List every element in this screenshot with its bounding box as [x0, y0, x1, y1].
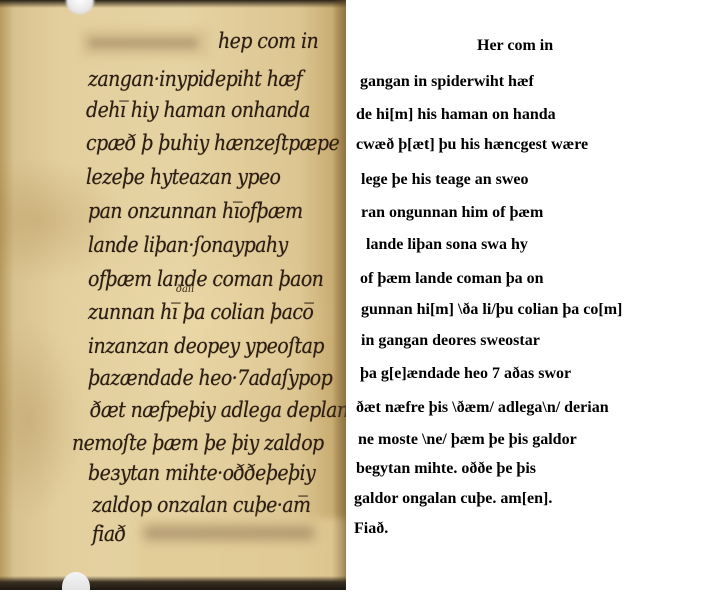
manuscript-line: ðæt næfpeþiy adlega deplan: [90, 397, 346, 422]
manuscript-line: nemoſte þæm þe þiy zaldop: [72, 430, 324, 455]
transcription-line: Fiað.: [354, 520, 388, 538]
manuscript-line: zaldop onzalan cuþe·am̅: [92, 492, 310, 517]
transcription-line: gangan in spiderwiht hæf: [360, 73, 534, 91]
transcription-line: cwæð þ[æt] þu his hæncgest wære: [356, 136, 588, 154]
page-bottom-shadow: [0, 576, 346, 590]
manuscript-image: hep com in zangan·inypidepiht hæf dehi̅ …: [0, 0, 346, 590]
page-clip-top: [66, 0, 94, 14]
transcription-line: þa g[e]ændade heo 7 aðas swor: [360, 365, 571, 383]
page-clip-bottom: [62, 572, 90, 590]
transcription-line: galdor ongalan cuþe. am[en].: [354, 490, 552, 508]
transcription-line: in gangan deores sweostar: [361, 332, 540, 350]
page-right-edge: [332, 0, 346, 590]
manuscript-line: zangan·inypidepiht hæf: [88, 66, 302, 91]
manuscript-line: zunnan hi̅ þa colian þaco̅: [88, 299, 313, 324]
manuscript-line: ofþæm lande coman þaon: [88, 266, 323, 291]
transcription-line: ðæt næfre þis \ðæm/ adlega\n/ derian: [356, 399, 609, 417]
transcription-line: gunnan hi[m] \ða li/þu colian þa co[m]: [361, 301, 622, 319]
transcription-line: begytan mihte. oððe þe þis: [356, 460, 536, 478]
manuscript-gloss: ðali: [176, 284, 194, 295]
transcription-line: lande liþan sona swa hy: [366, 236, 528, 254]
transcription-line: of þæm lande coman þa on: [360, 270, 544, 288]
manuscript-line: hep com in: [218, 28, 318, 53]
transcription-line: lege þe his teage an sweo: [361, 171, 529, 189]
blurred-region-top: [80, 28, 210, 58]
manuscript-line: fiað: [92, 521, 125, 546]
manuscript-line: inzanzan deopey ypeoſtap: [88, 333, 324, 358]
manuscript-line: lande liþan·ſonaypahy: [88, 232, 288, 257]
page-top-shadow: [0, 0, 346, 8]
transcription-panel: Her com in gangan in spiderwiht hæf de h…: [346, 0, 712, 597]
transcription-line: ran ongunnan him of þæm: [361, 204, 543, 222]
manuscript-line: lezeþe hyteazan ypeo: [86, 164, 280, 189]
manuscript-line: dehi̅ hiy haman onhanda: [86, 97, 310, 122]
manuscript-line: pan onzunnan hi̅ofþæm: [88, 198, 303, 223]
manuscript-line: þazændade heo·7adaſypop: [88, 365, 332, 390]
transcription-line: ne moste \ne/ þæm þe þis galdor: [358, 431, 577, 449]
transcription-line: de hi[m] his haman on handa: [356, 106, 556, 124]
transcription-title: Her com in: [477, 37, 553, 55]
manuscript-line: cpæð þ þuhiy hænzeſtpæpe: [86, 130, 339, 155]
manuscript-line: beзytan mihte·oððeþeþiy: [88, 460, 315, 485]
